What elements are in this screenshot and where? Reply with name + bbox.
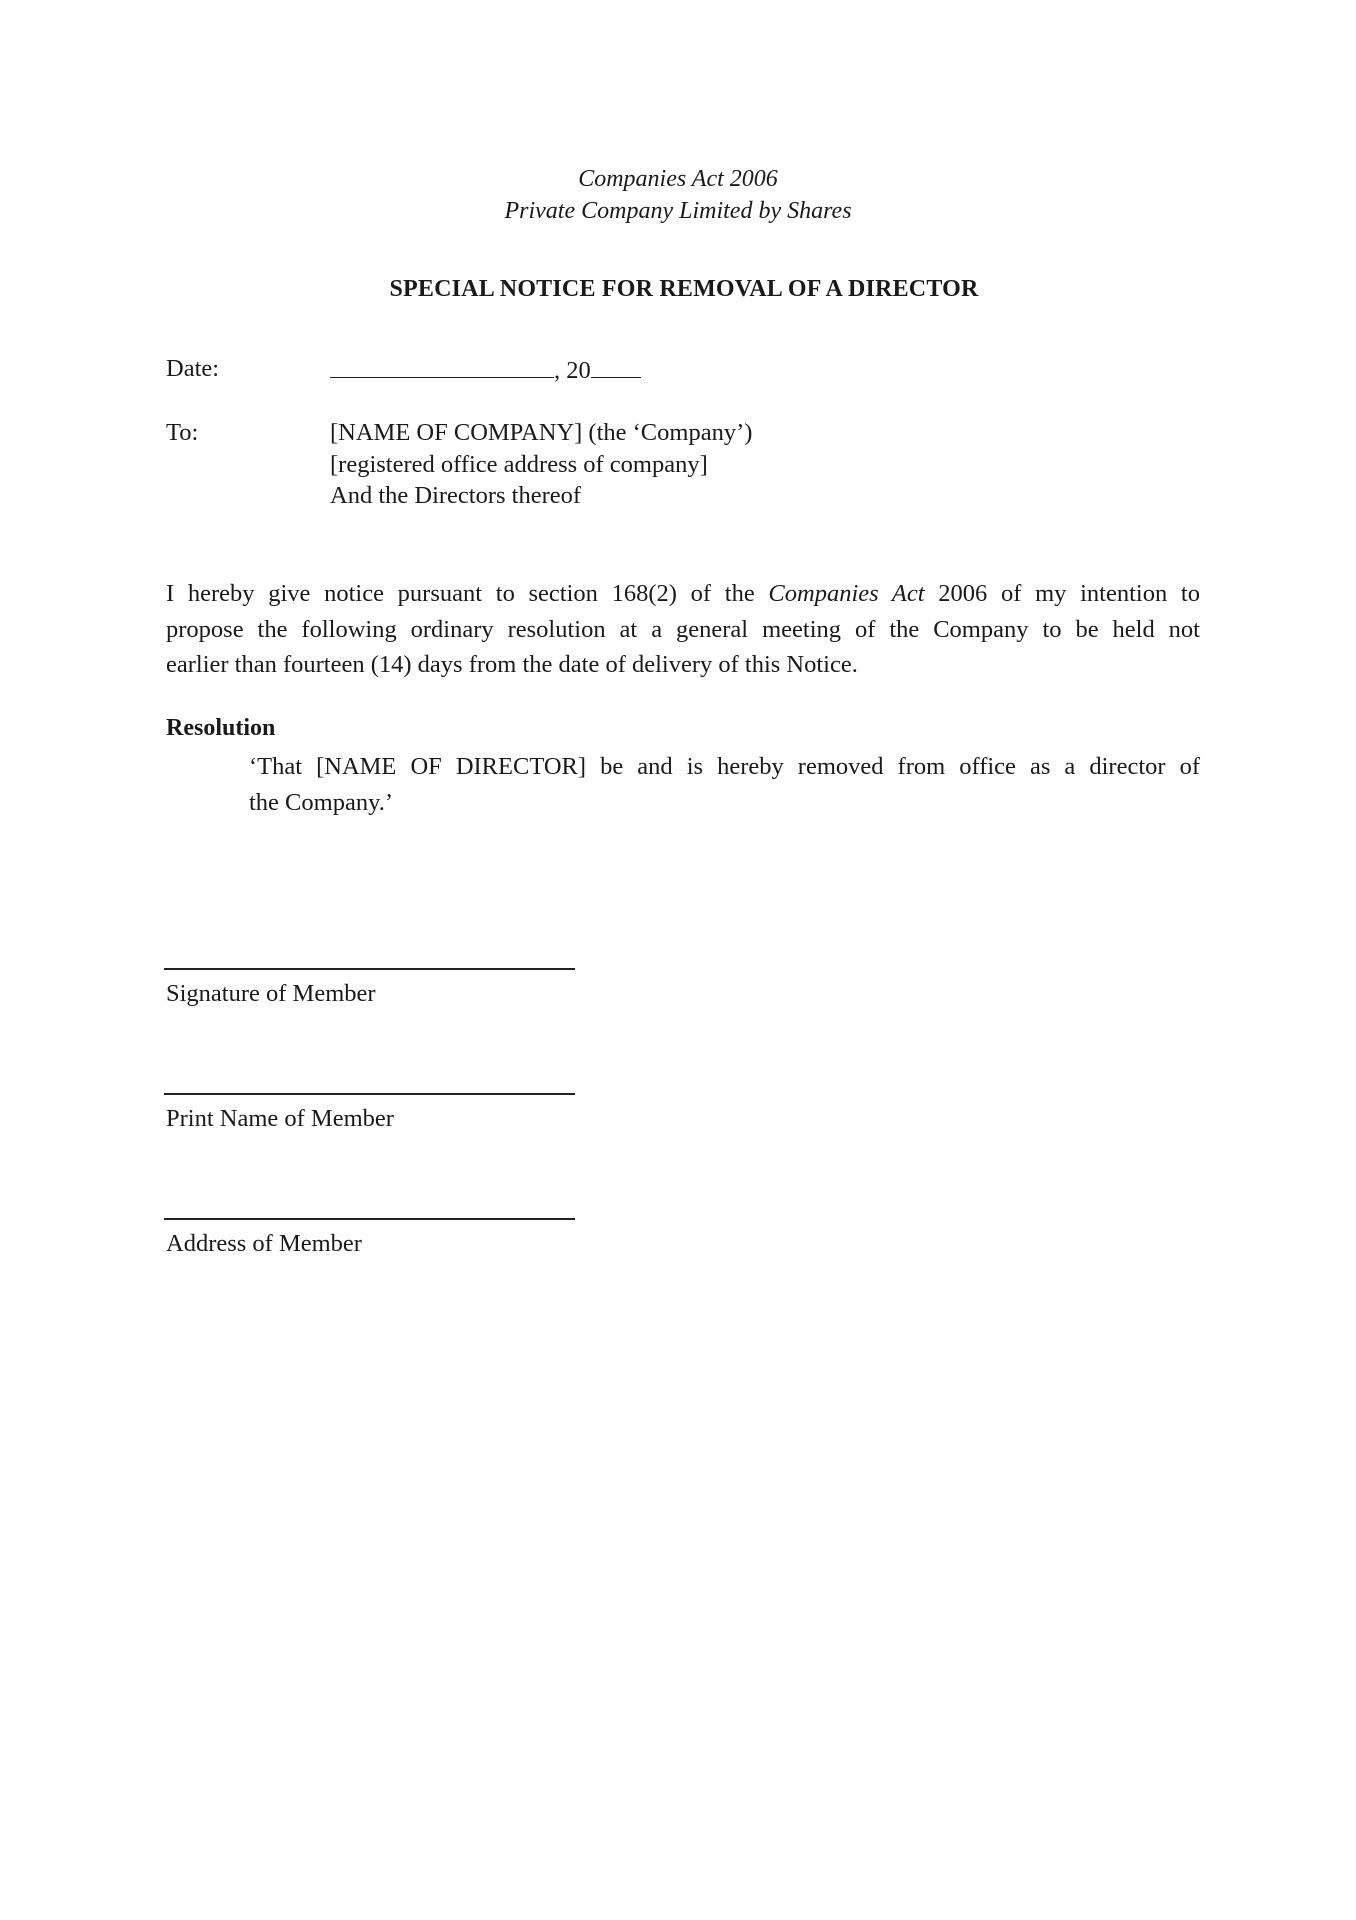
print-name-label: Print Name of Member [166, 1105, 394, 1133]
resolution-line-2: the Company.’ [249, 785, 1200, 821]
date-year-prefix: , 20 [554, 357, 591, 384]
resolution-text: ‘That [NAME OF DIRECTOR] be and is hereb… [249, 749, 1200, 821]
notice-text: 2006 of my intention to [925, 580, 1200, 607]
notice-line-1: I hereby give notice pursuant to section… [166, 576, 1200, 612]
resolution-heading: Resolution [166, 715, 275, 742]
date-value: , 20 [330, 355, 641, 385]
notice-line-2: propose the following ordinary resolutio… [166, 612, 1200, 648]
to-line-address: [registered office address of company] [330, 451, 708, 479]
document-title: SPECIAL NOTICE FOR REMOVAL OF A DIRECTOR [6, 276, 1356, 303]
date-blank[interactable] [330, 355, 554, 378]
notice-paragraph: I hereby give notice pursuant to section… [166, 576, 1200, 683]
notice-line-3: earlier than fourteen (14) days from the… [166, 647, 1200, 683]
to-line-company: [NAME OF COMPANY] (the ‘Company’) [330, 419, 752, 447]
header-act: Companies Act 2006 [0, 163, 1356, 195]
print-name-line[interactable] [164, 1093, 575, 1095]
signature-line[interactable] [164, 968, 575, 970]
notice-text: I hereby give notice pursuant to section… [166, 580, 768, 607]
to-line-directors: And the Directors thereof [330, 482, 581, 510]
date-label: Date: [166, 355, 219, 383]
signature-label: Signature of Member [166, 980, 376, 1008]
year-blank[interactable] [591, 355, 641, 378]
to-label: To: [166, 419, 198, 447]
resolution-line-1: ‘That [NAME OF DIRECTOR] be and is hereb… [249, 749, 1200, 785]
header-company-type: Private Company Limited by Shares [0, 195, 1356, 227]
act-reference: Companies Act [768, 580, 924, 607]
address-line[interactable] [164, 1218, 575, 1220]
address-label: Address of Member [166, 1230, 362, 1258]
